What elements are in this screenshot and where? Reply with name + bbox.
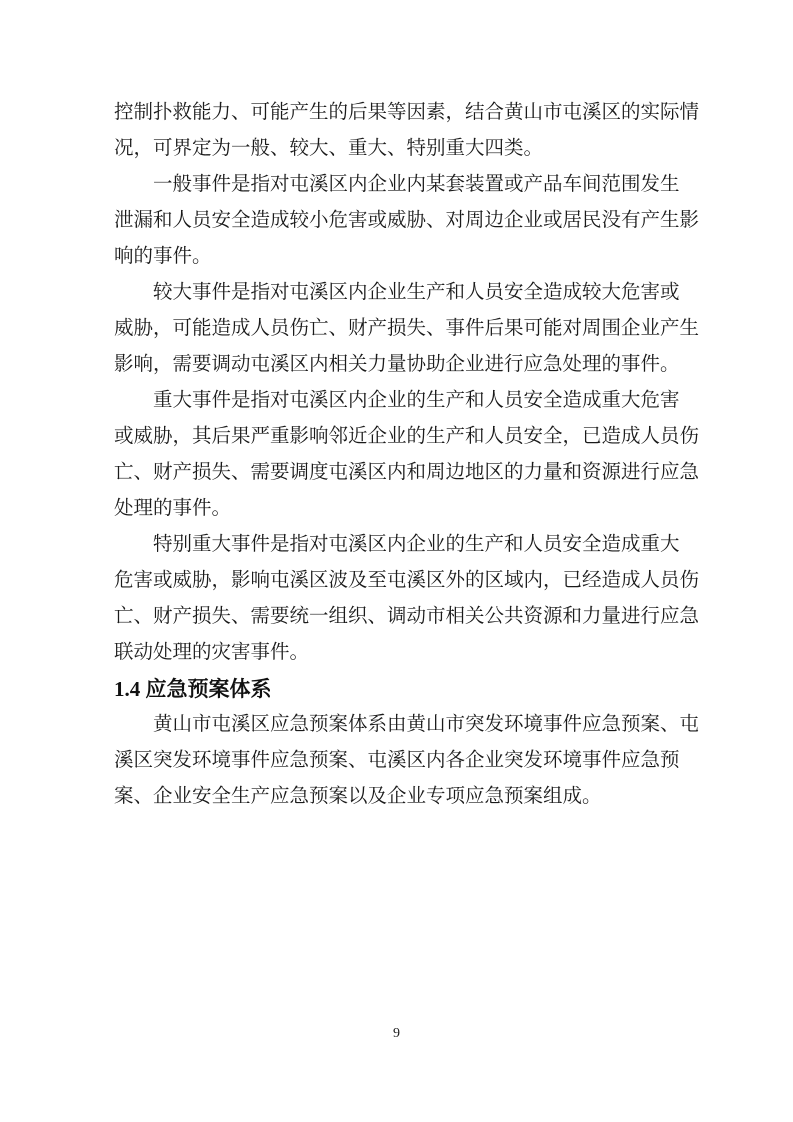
text-line: 特别重大事件是指对屯溪区内企业的生产和人员安全造成重大 xyxy=(114,527,670,563)
text-line: 响的事件。 xyxy=(114,239,670,275)
page-number: 9 xyxy=(0,1026,793,1042)
text-line: 影响，需要调动屯溪区内相关力量协助企业进行应急处理的事件。 xyxy=(114,347,670,383)
text-line: 危害或威胁，影响屯溪区波及至屯溪区外的区域内，已经造成人员伤 xyxy=(114,563,670,599)
text-line: 况，可界定为一般、较大、重大、特别重大四类。 xyxy=(114,131,670,167)
text-line: 较大事件是指对屯溪区内企业生产和人员安全造成较大危害或 xyxy=(114,275,670,311)
text-line: 泄漏和人员安全造成较小危害或威胁、对周边企业或居民没有产生影 xyxy=(114,203,670,239)
document-page: 控制扑救能力、可能产生的后果等因素，结合黄山市屯溪区的实际情 况，可界定为一般、… xyxy=(0,0,793,1122)
section-heading-1-4: 1.4 应急预案体系 xyxy=(114,671,670,707)
text-line: 亡、财产损失、需要统一组织、调动市相关公共资源和力量进行应急 xyxy=(114,599,670,635)
text-line: 亡、财产损失、需要调度屯溪区内和周边地区的力量和资源进行应急 xyxy=(114,455,670,491)
text-line: 处理的事件。 xyxy=(114,491,670,527)
text-line: 一般事件是指对屯溪区内企业内某套装置或产品车间范围发生 xyxy=(114,167,670,203)
text-line: 黄山市屯溪区应急预案体系由黄山市突发环境事件应急预案、屯 xyxy=(114,707,670,743)
text-line: 重大事件是指对屯溪区内企业的生产和人员安全造成重大危害 xyxy=(114,383,670,419)
text-line: 或威胁，其后果严重影响邻近企业的生产和人员安全，已造成人员伤 xyxy=(114,419,670,455)
text-line: 控制扑救能力、可能产生的后果等因素，结合黄山市屯溪区的实际情 xyxy=(114,95,670,131)
text-line: 威胁，可能造成人员伤亡、财产损失、事件后果可能对周围企业产生 xyxy=(114,311,670,347)
text-line: 联动处理的灾害事件。 xyxy=(114,635,670,671)
text-line: 案、企业安全生产应急预案以及企业专项应急预案组成。 xyxy=(114,779,670,815)
body-text-column: 控制扑救能力、可能产生的后果等因素，结合黄山市屯溪区的实际情 况，可界定为一般、… xyxy=(114,95,670,815)
text-line: 溪区突发环境事件应急预案、屯溪区内各企业突发环境事件应急预 xyxy=(114,743,670,779)
